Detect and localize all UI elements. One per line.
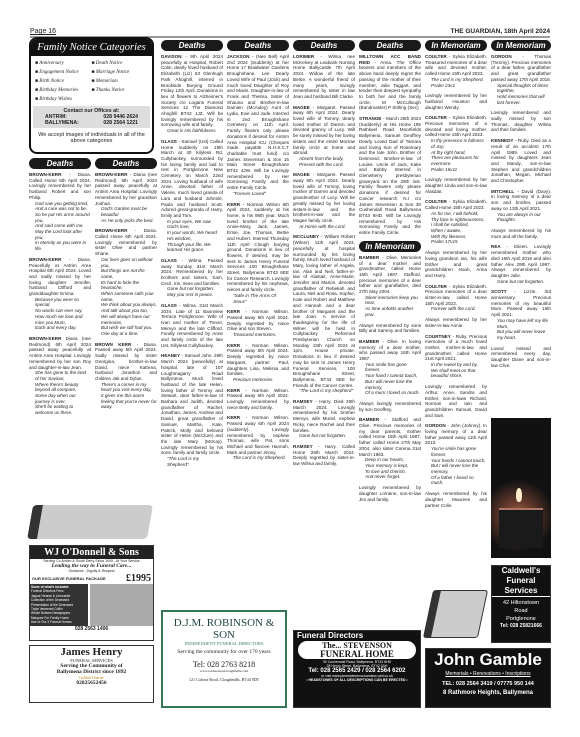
notice-entry: JACKSON - (Nee Bell) April 2nd 2024 (Sud… (227, 54, 289, 197)
notice-text: Always remembered by his mum and all the… (491, 228, 551, 239)
notice-name: KENNEDY (491, 138, 513, 143)
notice-name: BROWN-KERR (29, 257, 61, 262)
deaths-column-3: DeathsDAVISON - 9th April 2024 peacefull… (161, 40, 223, 473)
notice-verse: The Lord is my Shepherd. (227, 455, 289, 461)
category-item: Death Notice (92, 59, 149, 68)
notice-name: MAGEE (293, 172, 310, 177)
notice-verse: In the sweet by and by, We shall meet on… (425, 362, 487, 379)
notice-entry: REA - Eileen. Lovingly remembered mother… (491, 244, 551, 284)
caldwell-ad: Caldwell's Funeral Services 42 Hiltonsto… (491, 565, 551, 643)
notice-entry: Always remembered by her sister-in-law A… (425, 317, 487, 328)
notice-verse: God's Garden must be beautiful As He onl… (95, 206, 157, 223)
notice-entry: Lovingly remembered by her husband Houst… (425, 93, 487, 110)
notice-name: STRANGE (359, 116, 381, 121)
notice-entry: BROWN-KERR - Diana (nee Redmond) 6th Apr… (95, 172, 157, 223)
deaths-banner: Deaths (161, 40, 223, 51)
notice-name: BAMBER (359, 339, 379, 344)
accept-note: We accept images of individuals in all o… (31, 130, 152, 146)
memoriam-column-8: In MemoriamGORDON - Thomas (Tommy). Prec… (491, 40, 551, 373)
notice-entry: KERR - Norman Wilson. Passed away 6th Ap… (227, 388, 289, 411)
notice-verse: Your smile has gone forever, Your hand I… (359, 362, 421, 396)
notice-entry: Lovingly remembered by her daughter Lind… (425, 177, 487, 194)
category-item: Memoriam (92, 77, 149, 86)
deaths-column-1: DeathsBROWN-KERR - Diana. Called Home 6t… (29, 158, 91, 421)
notice-entry: GORDON - Thomas (Tommy). Precious memori… (491, 54, 551, 105)
notice-text: - Samuel (Ust) Called Home suddenly on 1… (161, 139, 223, 218)
notice-name: COURTNEY (425, 334, 451, 339)
notice-text: - Diana (nee Redmond) 6th April 2024 pas… (95, 172, 157, 206)
notice-text: - (Nee Bell) April 2nd 2024 (Suddenly) a… (227, 54, 289, 190)
notice-entry: RAMSEY - Harry. Died 26th March 2024. Lo… (293, 399, 355, 439)
john-gamble-ad: John Gamble Memorials • Renovations • In… (425, 648, 551, 708)
notice-text: - Samuel John. 29th March 2024 (peaceful… (161, 353, 223, 455)
notice-entry: DAVISON - 9th April 2024 peacefully at H… (161, 54, 223, 134)
memoriam-banner: In Memoriam (491, 40, 551, 51)
category-list: AnniversaryDeath NoticeEngagement Notice… (31, 56, 152, 104)
notice-text: Lovingly remembered by Arthur, Anne, San… (425, 384, 487, 418)
notice-entry: BROWN-KERR Diana (nee Redmond) 6th April… (29, 336, 91, 416)
notice-text: - Stafford and Olive. Precious memories … (359, 417, 421, 456)
notice-text: - Eileen. Lovingly remembered mother who… (491, 244, 551, 278)
notice-verse: "The Lord is my Shepherd". (161, 456, 223, 467)
notice-entry: BROWN KERR - Diana. Passed away 6th Apri… (95, 342, 157, 410)
notice-name: BROWN-KERR (29, 336, 61, 341)
category-item: Birthday Memories (35, 86, 92, 95)
notice-name: MITCHELL (491, 189, 514, 194)
notice-entry: RAMSEY - Harry. Called Home 26th March 2… (293, 444, 355, 467)
notice-text: - Ruby. Died as a result of an accident … (491, 138, 551, 183)
notice-verse: Forever with the Lord. (425, 306, 487, 312)
deaths-banner: Deaths (29, 158, 91, 169)
notice-entry: Lovingly remembered and sadly missed by … (491, 110, 551, 133)
deaths-column-6: DeathsMILLTOWN ACC BAND REID - Anna. The… (359, 40, 421, 507)
notice-entry: COULTER - Sylvia Elizabeth. Treasured me… (425, 54, 487, 88)
notice-text: - Anna. The Office bearers and members o… (359, 60, 421, 111)
notice-entry: Always remembered by his mum and all the… (491, 228, 551, 239)
notice-text: - Margaret. Passed away 6th April 2024. … (293, 172, 355, 223)
notice-name: BROWN KERR (95, 342, 131, 347)
category-item: Thanks Notice (92, 86, 149, 95)
notice-name: MAGEE (293, 105, 310, 110)
notice-name: GORDON (425, 423, 446, 428)
package-price: £1995 (126, 573, 151, 584)
notice-text: - Norman Wilson. Passed away 6th April 2… (227, 415, 289, 454)
deaths-column-4: DeathsJACKSON - (Nee Bell) April 2nd 202… (227, 40, 289, 466)
contact-box: Contact our Offices at: ANTRIM:028 9446 … (33, 106, 150, 128)
notice-text: Always lovingly remembered by son Geoffr… (359, 401, 421, 412)
notice-text: - Olive. Memories of a dear mother and g… (359, 255, 421, 294)
candle-photo (491, 418, 551, 558)
notice-name: JACKSON (227, 54, 249, 59)
notice-verse: Precious memories. (227, 377, 289, 383)
notice-entry: MAGEE - Margaret. Passed away 6th April … (293, 172, 355, 229)
notice-entry: MAGEE - Margaret. Passed away 6th April … (293, 105, 355, 168)
notice-name: BAMBER (359, 255, 379, 260)
notice-name: GORDON (491, 54, 512, 59)
notice-name: GLASS (161, 139, 177, 144)
notice-name: RAMSEY (293, 444, 313, 449)
notice-text: Always remembered by his daughter Mauree… (425, 491, 487, 507)
notice-entry: Lovingly remembered by daughter Lorraine… (359, 485, 421, 502)
memoriam-column-7: In MemoriamCOULTER - Sylvia Elizabeth. T… (425, 40, 487, 513)
notice-entry: BAMBER - Olive. In loving memory of a de… (359, 339, 421, 396)
notice-text: Always remembered by her sister-in-law A… (425, 317, 487, 328)
notice-text: - Norman Wilson. Passed away 6th April 2… (227, 343, 289, 377)
included-item: Use of Our 3 Funeral Homes (31, 620, 87, 624)
category-item: Birth Notice (35, 77, 92, 86)
category-item: Engagement Notice (35, 68, 92, 77)
notice-verse: "Safe in The Arms Of Jesus" (227, 293, 289, 304)
notice-text: Lovingly remembered by her husband Houst… (425, 93, 487, 109)
notice-text: - Diana. Peacefully at Antrim Area Hospi… (29, 257, 91, 296)
notice-verse: Silent memories keep you near, As time u… (359, 295, 421, 318)
notice-name: KERR (227, 388, 240, 393)
notice-entry: BROWN-KERR - Diana. Called Home 6th Apri… (29, 172, 91, 252)
notice-name: RAMSEY (293, 399, 313, 404)
notice-verse: Treasured memories. (227, 332, 289, 338)
notice-verse: You're smile has gone forever, Your hand… (425, 446, 487, 486)
office-ballymena: BALLYMENA:028 2564 1221 (35, 120, 148, 126)
deaths-banner: Deaths (95, 158, 157, 169)
notice-entry: Loved missed and remembered every day, d… (491, 346, 551, 369)
notice-verse: At Home with the Lord. (293, 224, 355, 230)
notice-entry: GLASS - Wilma. 31st March 2024. Late of … (161, 303, 223, 349)
notice-entry: KERR - Norman Wilson. Passed away 6th Ap… (227, 415, 289, 461)
notice-verse: Gone but not forgotten. May you rest in … (161, 286, 223, 297)
notice-verse: The Lord is my Shepherd. Psalm 23v1 (425, 77, 487, 88)
notice-text: Loved missed and remembered every day, d… (491, 346, 551, 368)
notice-verse: God saw you getting tired, And a cure wa… (29, 201, 91, 252)
notice-name: DAVISON (161, 54, 182, 59)
deaths-banner: Deaths (359, 40, 421, 51)
notice-verse: "The Lord is my shepherd" (293, 388, 355, 394)
deaths-column-5: DeathsLORIMER - Wilma nee McKelvey at Le… (293, 40, 355, 472)
notice-entry: GLASS - Samuel (Ust) Called Home suddenl… (161, 139, 223, 253)
notice-entry: BAMBER - Olive. Memories of a dear mothe… (359, 255, 421, 318)
deaths-banner: Deaths (293, 40, 355, 51)
odonnell-title: WJ O'Donnell & Sons (30, 546, 153, 559)
james-henry-ad: James Henry FUNERAL SERVICES Serving the… (29, 645, 154, 703)
notice-verse: Because you were so special, No words ca… (29, 297, 91, 331)
notice-entry: MCCLUNEY - William Robert (Wilner) 11th … (293, 234, 355, 394)
bible-graphic (27, 505, 153, 539)
notice-verse: Special thoughts of times together, Hold… (491, 83, 551, 106)
notice-verse: In your eyes, We saw God's love, In your… (161, 219, 223, 253)
notice-entry: MITCHELL - David (Davy). In loving memor… (491, 189, 551, 223)
categories-title: Family Notice Categories (31, 39, 152, 56)
notice-text: - Wilma nee McKelvey at Leabank Nursing … (293, 54, 355, 99)
notice-text: Diana (nee Redmond) 6th April 2024 passe… (29, 336, 91, 370)
notice-name: KERR (227, 415, 240, 420)
notice-verse: She has gone to the land of her Saviour,… (29, 370, 91, 416)
notice-entry: KERR - Norman Wilson. Passed away 6th Ap… (227, 343, 289, 383)
odonnell-ad: WJ O'Donnell & Sons Serving Co Antrim & … (29, 545, 154, 641)
notice-text: Lovingly remembered and sadly missed by … (491, 110, 551, 132)
notice-name: KERR (227, 309, 240, 314)
memoriam-banner: In Memoriam (359, 241, 421, 252)
page-number: Page 16 (30, 28, 56, 35)
notice-verse: Great is His faithfulness. (161, 128, 223, 134)
notice-name: GLASS (161, 258, 177, 263)
notice-entry: Lovingly remembered by Arthur, Anne, San… (425, 384, 487, 418)
notice-name: MCCLUNEY (293, 234, 319, 239)
notice-entry: BROWN-KERR - Diana. Called Home 6th Apri… (95, 228, 157, 336)
notice-entry: LORIMER - Wilma nee McKelvey at Leabank … (293, 54, 355, 100)
stevenson-ad: Funeral Directors The... STEVENSONFUNERA… (293, 630, 421, 708)
publication-date: THE GUARDIAN, 18th April 2024 (451, 28, 550, 35)
notice-entry: HEANEY - Samuel John. 29th March 2024 (p… (161, 353, 223, 467)
notice-entry: Always remembered by sons Billy and Samm… (359, 323, 421, 334)
notice-entry: COULTER - Sylvia Elizabeth. Precious mem… (425, 115, 487, 172)
notice-name: BROWN-KERR (95, 228, 127, 233)
notice-verse: Absent from the body, Present with the L… (293, 156, 355, 167)
family-notice-categories: Family Notice Categories AnniversaryDeat… (29, 37, 154, 154)
notice-entry: GORDON - John (Johnny). In loving memory… (425, 423, 487, 486)
notice-text: - 9th April 2024 peacefully at Hospital,… (161, 54, 223, 127)
notice-name: KERR (227, 202, 240, 207)
notice-verse: Gone but not forgotten. (293, 433, 355, 439)
notice-name: BAMBER (359, 417, 379, 422)
notice-verse: There's a corner in my heart you visit e… (95, 382, 157, 411)
notice-entry: KERR - Norman Wilson. Passed away 6th Ap… (227, 309, 289, 338)
category-item: Marriage Notice (92, 68, 149, 77)
memoriam-banner: In Memoriam (425, 40, 487, 51)
notice-verse: You are always in our thoughts. (491, 212, 551, 223)
notice-text: - Margaret. Passed away 6th April 2024. … (293, 105, 355, 156)
notice-verse: In thy presence is fullness of Joy; At t… (425, 138, 487, 172)
deaths-banner: Deaths (227, 40, 289, 51)
notice-verse: Gone but not forgotten. (491, 279, 551, 285)
notice-verse: Deep in our hearts, Your memory is kept,… (359, 457, 421, 480)
category-item: Anniversary (35, 59, 92, 68)
notice-text: - Diana. Passed away 6th April 2024. Sad… (95, 342, 157, 381)
notice-entry: COURTNEY - Ruby. Precious memories of a … (425, 334, 487, 380)
notice-entry: Always remembered by his daughter Mauree… (425, 491, 487, 508)
notice-text: - March 25th 2024 (Suddenly) at His Home… (359, 116, 421, 235)
notice-verse: "Forever Loved" (227, 191, 289, 197)
notice-text: Always remembered by sons Billy and Samm… (359, 323, 421, 334)
notice-name: HEANEY (161, 353, 180, 358)
notice-name: COULTER (425, 284, 447, 289)
category-item: Birthday Wishes (35, 95, 92, 104)
notice-text: Always remembered by her loving grandson… (425, 250, 487, 278)
notice-entry: MILLTOWN ACC BAND REID - Anna. The Offic… (359, 54, 421, 111)
notice-entry: SCOTT - Lizzie. 3rd anniversary. Preciou… (491, 289, 551, 340)
notice-name: COULTER (425, 115, 447, 120)
notice-name: BROWN-KERR (29, 172, 61, 177)
notice-name: SCOTT (491, 289, 507, 294)
notice-text: - Wilma. 31st March 2024. Late of 11 Ban… (161, 303, 223, 348)
notice-verse: Our lives goes on without you, But thing… (95, 257, 157, 337)
notice-name: LORIMER (293, 54, 314, 59)
notice-name: GLASS (161, 303, 177, 308)
notice-name: KERR (227, 343, 240, 348)
notice-name: BROWN-KERR (95, 172, 127, 177)
notice-entry: Always remembered by her loving grandson… (425, 250, 487, 279)
notice-entry: GLASS - Wilma. Passed away Sunday 31st M… (161, 258, 223, 298)
notice-entry: COULTER - Sylvia Elizabeth. Called Home … (425, 199, 487, 245)
notice-name: COULTER (425, 199, 447, 204)
notice-text: Lovingly remembered by daughter Lorraine… (359, 485, 421, 501)
notice-text: - William Robert (Wilner) 11th April 202… (293, 234, 355, 387)
notice-verse: As for me, I will behold, Thy face in ri… (425, 211, 487, 245)
bible-graphic-2 (423, 590, 488, 638)
notice-text: - Norman Wilson 6th April 2024, suddenly… (227, 202, 289, 293)
notice-entry: COULTER - Sylvia Elizabeth. Precious mem… (425, 284, 487, 313)
djm-robinson-ad: D.J.M. ROBINSON & SON INDEPENDENT FUNERA… (161, 610, 287, 708)
deaths-column-2: DeathsBROWN-KERR - Diana (nee Redmond) 6… (95, 158, 157, 415)
funeral-home-photo (90, 584, 153, 626)
notice-name: COULTER (425, 54, 447, 59)
notice-entry: KERR - Norman Wilson 6th April 2024, sud… (227, 202, 289, 305)
notice-text: - Harry. Died 26th March 2024. Lovingly … (293, 399, 355, 433)
notice-entry: BROWN-KERR - Diana. Peacefully at Antrim… (29, 257, 91, 331)
notice-entry: KENNEDY - Ruby. Died as a result of an a… (491, 138, 551, 184)
notice-verse: You may have left my life Mum, But you w… (491, 318, 551, 341)
notice-entry: BAMBER - Stafford and Olive. Precious me… (359, 417, 421, 480)
notice-text: Lovingly remembered by her daughter Lind… (425, 177, 487, 193)
notice-entry: STRANGE - March 25th 2024 (Suddenly) at … (359, 116, 421, 236)
notice-entry: Always lovingly remembered by son Geoffr… (359, 401, 421, 412)
notice-name: REA (491, 244, 501, 249)
